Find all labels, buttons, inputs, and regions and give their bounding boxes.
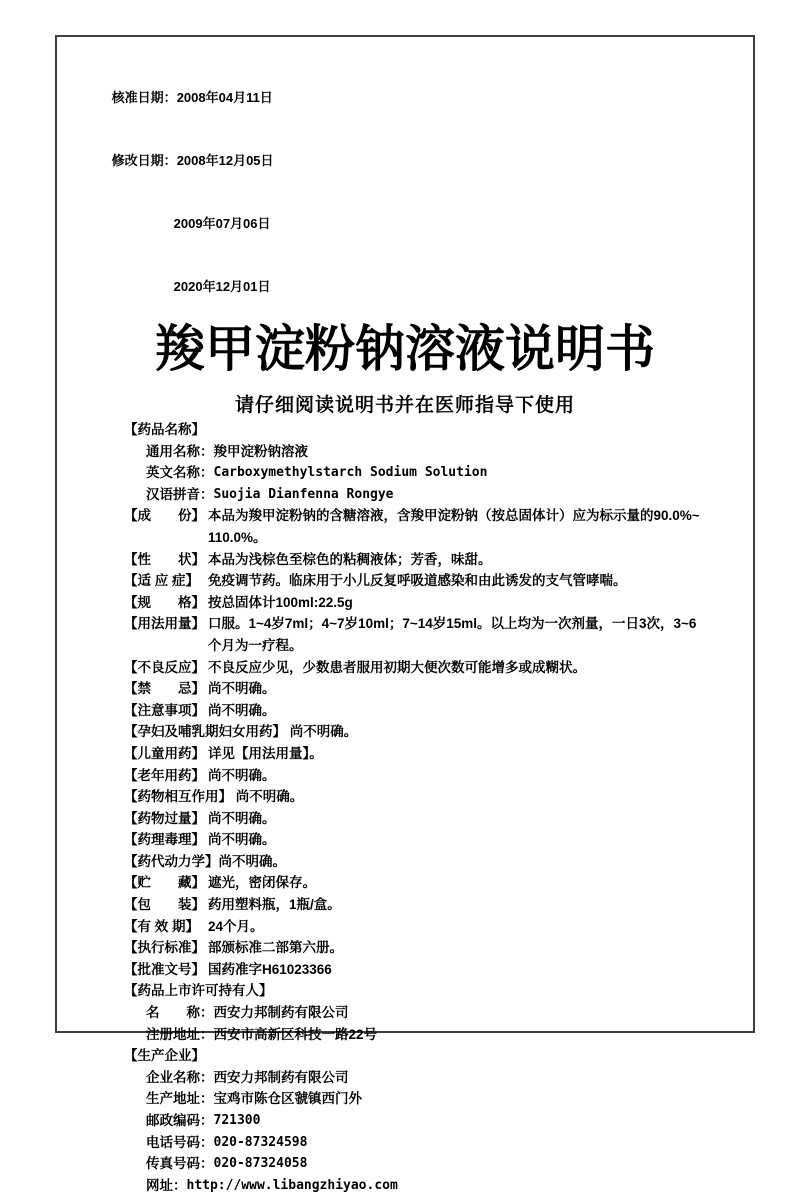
section-text: 尚不明确。 [208, 700, 276, 722]
section-drug-interactions: 【药物相互作用】 尚不明确。 [124, 786, 733, 808]
section-text: 尚不明确。 [232, 786, 303, 808]
section-label: 【药理毒理】 [124, 829, 208, 851]
section-label: 【有 效 期】 [124, 916, 208, 938]
field-key: 名 称： [146, 1002, 214, 1024]
approval-date-label: 核准日期： [112, 87, 177, 108]
section-overdose: 【药物过量】尚不明确。 [124, 808, 733, 830]
field-key: 英文名称： [146, 462, 214, 484]
field-value: 西安市高新区科技一路22号 [214, 1024, 378, 1046]
section-text: 免疫调节药。临床用于小儿反复呼吸道感染和由此诱发的支气管哮喘。 [208, 570, 627, 592]
section-text-line: 尚不明确。 [208, 678, 276, 700]
section-composition: 【成 份】本品为羧甲淀粉钠的含糖溶液，含羧甲淀粉钠（按总固体计）应为标示量的90… [124, 505, 733, 548]
section-label: 【不良反应】 [124, 657, 208, 679]
field-key: 汉语拼音： [146, 484, 214, 506]
section-label: 【包 装】 [124, 894, 208, 916]
field-value: 宝鸡市陈仓区虢镇西门外 [214, 1088, 363, 1110]
section-text: 本品为羧甲淀粉钠的含糖溶液，含羧甲淀粉钠（按总固体计）应为标示量的90.0%~1… [208, 505, 700, 548]
section-postal-code: 邮政编码：721300 [146, 1110, 733, 1132]
section-text-line: 口服。1~4岁7ml；4~7岁10ml；7~14岁15ml。以上均为一次剂量，一… [208, 613, 696, 635]
section-pregnancy-use: 【孕妇及哺乳期妇女用药】 尚不明确。 [124, 721, 733, 743]
section-description: 【性 状】本品为浅棕色至棕色的粘稠液体；芳香，味甜。 [124, 549, 733, 571]
section-label: 【注意事项】 [124, 700, 208, 722]
field-key: 通用名称： [146, 441, 214, 463]
section-text-line: 尚不明确。 [208, 808, 276, 830]
section-text: 尚不明确。 [208, 808, 276, 830]
section-text-line: 部颁标准二部第六册。 [208, 937, 343, 959]
field-value: Suojia Dianfenna Rongye [214, 484, 394, 506]
section-text: 药用塑料瓶，1瓶/盒。 [208, 894, 341, 916]
revision-date-value-1: 2008年12月05日 [177, 153, 274, 168]
section-executive-standard: 【执行标准】部颁标准二部第六册。 [124, 937, 733, 959]
section-text-line: 按总固体计100ml:22.5g [208, 592, 353, 614]
field-value: 西安力邦制药有限公司 [214, 1067, 349, 1089]
section-label: 【贮 藏】 [124, 872, 208, 894]
section-mah-header: 【药品上市许可持有人】 [124, 980, 733, 1002]
section-indications: 【适 应 症】免疫调节药。临床用于小儿反复呼吸道感染和由此诱发的支气管哮喘。 [124, 570, 733, 592]
section-text: 按总固体计100ml:22.5g [208, 592, 353, 614]
section-text-line: 尚不明确。 [208, 765, 276, 787]
section-text-line: 尚不明确。 [232, 786, 303, 808]
section-label: 【批准文号】 [124, 959, 208, 981]
section-text-line: 24个月。 [208, 916, 264, 938]
field-value: 721300 [214, 1110, 261, 1132]
section-text-line: 不良反应少见，少数患者服用初期大便次数可能增多或成糊状。 [208, 657, 586, 679]
field-key: 注册地址： [146, 1024, 214, 1046]
revision-date-label: 修改日期： [112, 150, 177, 171]
field-value: 020-87324598 [214, 1132, 308, 1154]
section-label: 【禁 忌】 [124, 678, 208, 700]
section-packaging: 【包 装】药用塑料瓶，1瓶/盒。 [124, 894, 733, 916]
section-text-line: 尚不明确。 [208, 829, 276, 851]
section-text-line: 国药准字H61023366 [208, 959, 332, 981]
section-pinyin: 汉语拼音：Suojia Dianfenna Rongye [146, 484, 733, 506]
approval-date-row: 核准日期：2008年04月11日 [90, 66, 753, 129]
field-key: 生产地址： [146, 1088, 214, 1110]
section-storage: 【贮 藏】遮光，密闭保存。 [124, 872, 733, 894]
section-mah-registered-address: 注册地址：西安市高新区科技一路22号 [146, 1024, 733, 1046]
section-text-line: 遮光，密闭保存。 [208, 872, 316, 894]
dates-block: 核准日期：2008年04月11日 修改日期：2008年12月05日 2009年0… [90, 66, 753, 318]
package-insert-page: 核准日期：2008年04月11日 修改日期：2008年12月05日 2009年0… [55, 35, 755, 1033]
sections-list: 【药品名称】通用名称：羧甲淀粉钠溶液英文名称：Carboxymethylstar… [124, 419, 733, 1196]
section-label: 【药物过量】 [124, 808, 208, 830]
field-value: http://www.libangzhiyao.com [187, 1175, 398, 1196]
approval-date-value: 2008年04月11日 [177, 90, 273, 105]
section-precautions: 【注意事项】尚不明确。 [124, 700, 733, 722]
section-text-line: 本品为羧甲淀粉钠的含糖溶液，含羧甲淀粉钠（按总固体计）应为标示量的90.0%~ [208, 505, 700, 527]
section-text: 尚不明确。 [219, 851, 287, 873]
section-phone-number: 电话号码：020-87324598 [146, 1132, 733, 1154]
section-label: 【成 份】 [124, 505, 208, 527]
section-text-line: 个月为一疗程。 [208, 635, 696, 657]
section-text: 口服。1~4岁7ml；4~7岁10ml；7~14岁15ml。以上均为一次剂量，一… [208, 613, 696, 656]
section-label: 【老年用药】 [124, 765, 208, 787]
section-label: 【药品名称】 [124, 419, 205, 441]
section-text: 本品为浅棕色至棕色的粘稠液体；芳香，味甜。 [208, 549, 492, 571]
section-text-line: 尚不明确。 [208, 700, 276, 722]
field-value: 020-87324058 [214, 1153, 308, 1175]
section-text: 尚不明确。 [208, 765, 276, 787]
section-text: 尚不明确。 [286, 721, 357, 743]
field-value: Carboxymethylstarch Sodium Solution [214, 462, 488, 484]
section-text-line: 药用塑料瓶，1瓶/盒。 [208, 894, 341, 916]
section-text-line: 详见【用法用量】。 [208, 743, 323, 765]
section-label: 【生产企业】 [124, 1045, 205, 1067]
section-pharmacokinetics: 【药代动力学】尚不明确。 [124, 851, 733, 873]
section-label: 【执行标准】 [124, 937, 208, 959]
section-dosage: 【用法用量】口服。1~4岁7ml；4~7岁10ml；7~14岁15ml。以上均为… [124, 613, 733, 656]
section-text: 尚不明确。 [208, 678, 276, 700]
section-text-line: 本品为浅棕色至棕色的粘稠液体；芳香，味甜。 [208, 549, 492, 571]
section-label: 【药物相互作用】 [124, 786, 232, 808]
field-value: 西安力邦制药有限公司 [214, 1002, 349, 1024]
section-approval-number: 【批准文号】国药准字H61023366 [124, 959, 733, 981]
page-title: 羧甲淀粉钠溶液说明书 [57, 320, 753, 378]
revision-date-value-2: 2009年07月06日 [174, 216, 271, 231]
section-geriatric-use: 【老年用药】尚不明确。 [124, 765, 733, 787]
revision-date-row: 2020年12月01日 [90, 255, 753, 318]
section-label: 【规 格】 [124, 592, 208, 614]
section-label: 【药品上市许可持有人】 [124, 980, 273, 1002]
section-production-address: 生产地址：宝鸡市陈仓区虢镇西门外 [146, 1088, 733, 1110]
field-key: 企业名称： [146, 1067, 214, 1089]
section-contraindications: 【禁 忌】尚不明确。 [124, 678, 733, 700]
section-mah-name: 名 称：西安力邦制药有限公司 [146, 1002, 733, 1024]
section-website: 网址：http://www.libangzhiyao.com [146, 1175, 733, 1196]
section-text: 24个月。 [208, 916, 264, 938]
field-key: 邮政编码： [146, 1110, 214, 1132]
section-text-line: 尚不明确。 [286, 721, 357, 743]
section-pharmacology-toxicology: 【药理毒理】尚不明确。 [124, 829, 733, 851]
section-text: 尚不明确。 [208, 829, 276, 851]
field-key: 网址： [146, 1175, 187, 1196]
section-adverse-reactions: 【不良反应】不良反应少见，少数患者服用初期大便次数可能增多或成糊状。 [124, 657, 733, 679]
section-generic-name: 通用名称：羧甲淀粉钠溶液 [146, 441, 733, 463]
section-manufacturer-header: 【生产企业】 [124, 1045, 733, 1067]
section-text-line: 尚不明确。 [219, 851, 287, 873]
section-pediatric-use: 【儿童用药】详见【用法用量】。 [124, 743, 733, 765]
field-value: 羧甲淀粉钠溶液 [214, 441, 309, 463]
section-text-line: 免疫调节药。临床用于小儿反复呼吸道感染和由此诱发的支气管哮喘。 [208, 570, 627, 592]
revision-date-value-3: 2020年12月01日 [174, 279, 271, 294]
revision-date-row: 2009年07月06日 [90, 192, 753, 255]
section-label: 【孕妇及哺乳期妇女用药】 [124, 721, 286, 743]
revision-date-row: 修改日期：2008年12月05日 [90, 129, 753, 192]
subtitle: 请仔细阅读说明书并在医师指导下使用 [57, 395, 753, 417]
section-drug-name-header: 【药品名称】 [124, 419, 733, 441]
section-fax-number: 传真号码：020-87324058 [146, 1153, 733, 1175]
section-strength: 【规 格】按总固体计100ml:22.5g [124, 592, 733, 614]
section-text: 不良反应少见，少数患者服用初期大便次数可能增多或成糊状。 [208, 657, 586, 679]
section-text: 遮光，密闭保存。 [208, 872, 316, 894]
section-company-name: 企业名称：西安力邦制药有限公司 [146, 1067, 733, 1089]
section-text: 部颁标准二部第六册。 [208, 937, 343, 959]
section-shelf-life: 【有 效 期】24个月。 [124, 916, 733, 938]
section-label: 【儿童用药】 [124, 743, 208, 765]
field-key: 传真号码： [146, 1153, 214, 1175]
section-text: 详见【用法用量】。 [208, 743, 323, 765]
section-text: 国药准字H61023366 [208, 959, 332, 981]
section-label: 【适 应 症】 [124, 570, 208, 592]
section-label: 【性 状】 [124, 549, 208, 571]
section-english-name: 英文名称：Carboxymethylstarch Sodium Solution [146, 462, 733, 484]
section-label: 【药代动力学】 [124, 851, 219, 873]
section-text-line: 110.0%。 [208, 527, 700, 549]
section-label: 【用法用量】 [124, 613, 208, 635]
field-key: 电话号码： [146, 1132, 214, 1154]
